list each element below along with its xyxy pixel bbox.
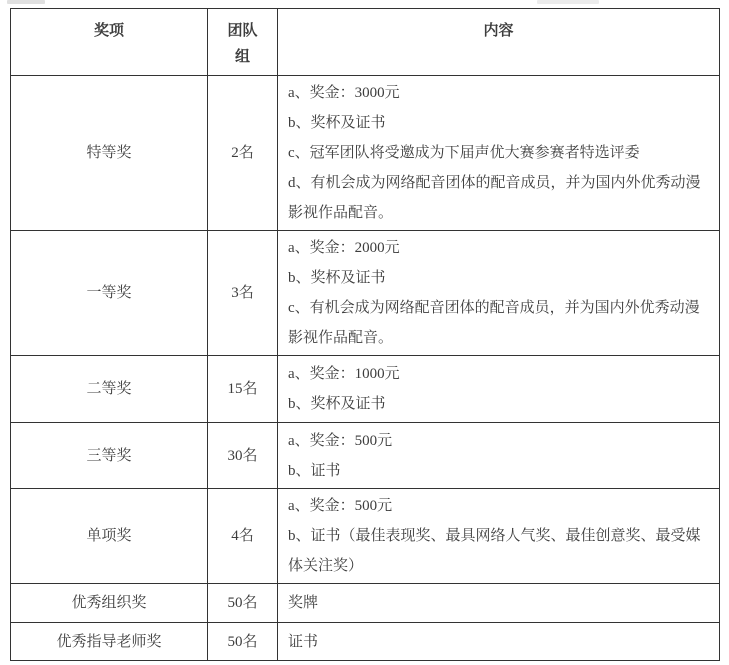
content-line: c、有机会成为网络配音团体的配音成员，并为国内外优秀动漫影视作品配音。 (288, 293, 707, 353)
award-name-cell: 优秀组织奖 (11, 584, 208, 623)
header-award: 奖项 (11, 9, 208, 76)
content-cell: 证书 (278, 623, 720, 661)
award-name-cell: 单项奖 (11, 489, 208, 584)
document-page: 奖项 团队组 内容 特等奖2名a、奖金：3000元b、奖杯及证书c、冠军团队将受… (0, 0, 729, 665)
content-line: 奖牌 (288, 588, 707, 618)
cropped-artifact-left (7, 0, 45, 4)
content-line: b、证书 (288, 456, 707, 486)
team-count-cell: 50名 (208, 584, 278, 623)
content-line: a、奖金：2000元 (288, 233, 707, 263)
content-line: b、奖杯及证书 (288, 108, 707, 138)
table-row: 二等奖15名a、奖金：1000元b、奖杯及证书 (11, 356, 720, 423)
content-cell: a、奖金：500元b、证书（最佳表现奖、最具网络人气奖、最佳创意奖、最受媒体关注… (278, 489, 720, 584)
header-row: 奖项 团队组 内容 (11, 9, 720, 76)
team-count-cell: 4名 (208, 489, 278, 584)
award-name-cell: 优秀指导老师奖 (11, 623, 208, 661)
team-count-cell: 15名 (208, 356, 278, 423)
award-table-body: 特等奖2名a、奖金：3000元b、奖杯及证书c、冠军团队将受邀成为下届声优大赛参… (11, 76, 720, 661)
table-row: 一等奖3名a、奖金：2000元b、奖杯及证书c、有机会成为网络配音团体的配音成员… (11, 231, 720, 356)
award-table-header: 奖项 团队组 内容 (11, 9, 720, 76)
award-name-cell: 三等奖 (11, 423, 208, 489)
header-team: 团队组 (208, 9, 278, 76)
content-cell: a、奖金：500元b、证书 (278, 423, 720, 489)
cropped-artifact-right (537, 0, 599, 4)
content-line: a、奖金：500元 (288, 426, 707, 456)
content-line: a、奖金：1000元 (288, 359, 707, 389)
header-team-label: 团队组 (227, 18, 259, 70)
content-cell: a、奖金：1000元b、奖杯及证书 (278, 356, 720, 423)
award-name-cell: 特等奖 (11, 76, 208, 231)
content-cell: a、奖金：3000元b、奖杯及证书c、冠军团队将受邀成为下届声优大赛参赛者特选评… (278, 76, 720, 231)
content-cell: a、奖金：2000元b、奖杯及证书c、有机会成为网络配音团体的配音成员，并为国内… (278, 231, 720, 356)
content-cell: 奖牌 (278, 584, 720, 623)
table-row: 特等奖2名a、奖金：3000元b、奖杯及证书c、冠军团队将受邀成为下届声优大赛参… (11, 76, 720, 231)
table-row: 三等奖30名a、奖金：500元b、证书 (11, 423, 720, 489)
table-row: 优秀组织奖50名奖牌 (11, 584, 720, 623)
award-name-cell: 二等奖 (11, 356, 208, 423)
content-line: a、奖金：3000元 (288, 78, 707, 108)
content-line: b、奖杯及证书 (288, 389, 707, 419)
team-count-cell: 2名 (208, 76, 278, 231)
team-count-cell: 3名 (208, 231, 278, 356)
content-line: b、奖杯及证书 (288, 263, 707, 293)
content-line: 证书 (288, 627, 707, 657)
team-count-cell: 30名 (208, 423, 278, 489)
header-content: 内容 (278, 9, 720, 76)
award-name-cell: 一等奖 (11, 231, 208, 356)
content-line: d、有机会成为网络配音团体的配音成员，并为国内外优秀动漫影视作品配音。 (288, 168, 707, 228)
team-count-cell: 50名 (208, 623, 278, 661)
table-row: 优秀指导老师奖50名证书 (11, 623, 720, 661)
award-table: 奖项 团队组 内容 特等奖2名a、奖金：3000元b、奖杯及证书c、冠军团队将受… (10, 8, 720, 661)
content-line: b、证书（最佳表现奖、最具网络人气奖、最佳创意奖、最受媒体关注奖） (288, 521, 707, 581)
table-row: 单项奖4名a、奖金：500元b、证书（最佳表现奖、最具网络人气奖、最佳创意奖、最… (11, 489, 720, 584)
content-line: c、冠军团队将受邀成为下届声优大赛参赛者特选评委 (288, 138, 707, 168)
content-line: a、奖金：500元 (288, 491, 707, 521)
